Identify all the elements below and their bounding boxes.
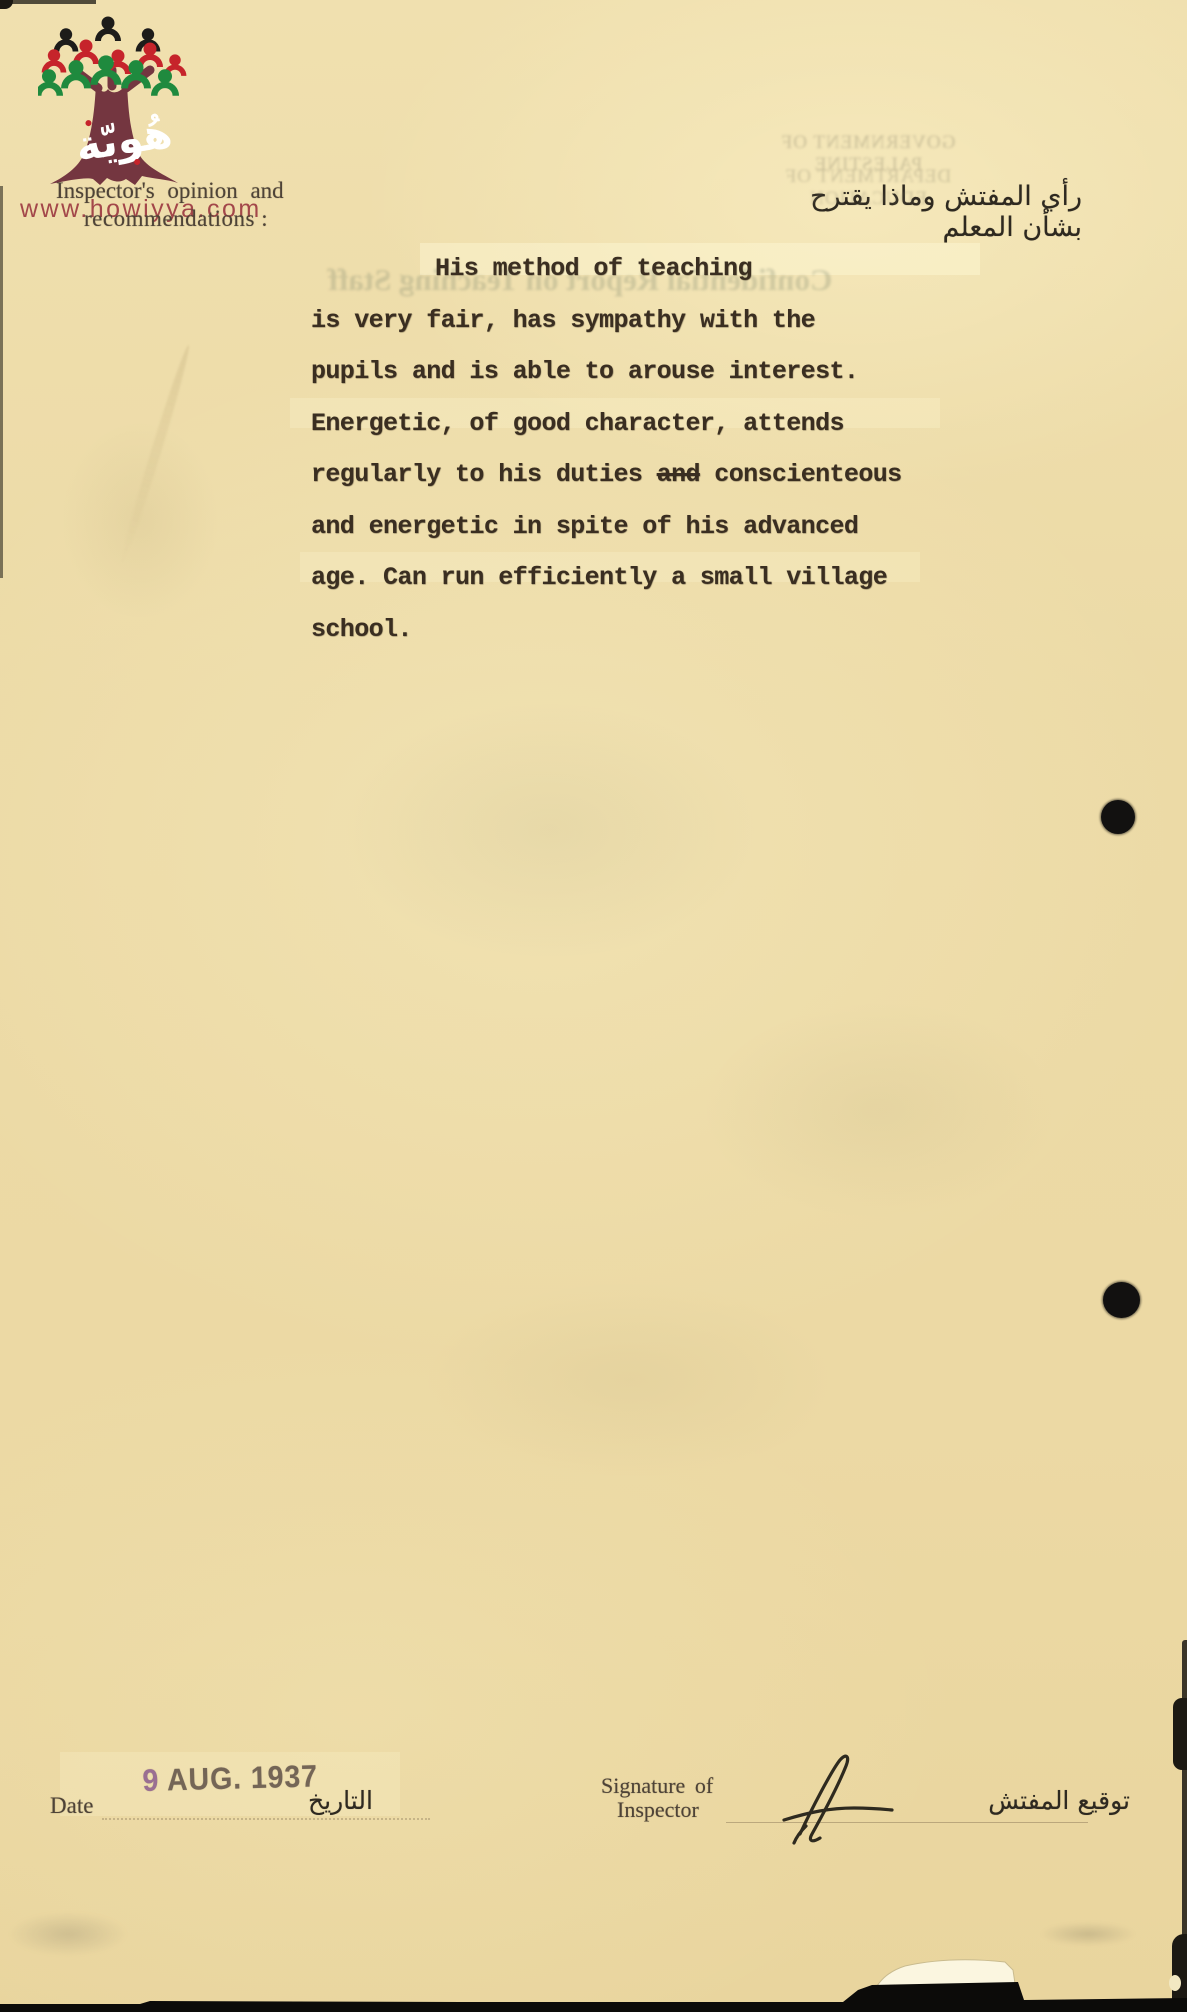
- signature-label-arabic: توقيع المفتش: [930, 1786, 1130, 1815]
- scan-edge-corner: [0, 0, 13, 9]
- opinion-line: and energetic in spite of his advanced: [311, 501, 951, 553]
- scanned-document-page: هُويّة www.howiyya.com Inspector's opini…: [0, 0, 1187, 2012]
- stamp-month-year: AUG. 1937: [159, 1758, 319, 1797]
- stamp-day: 9: [142, 1763, 160, 1798]
- scan-edge-blob: [1173, 1698, 1187, 1770]
- date-ruled-line: [102, 1818, 430, 1820]
- paper-stain: [340, 700, 760, 960]
- signature-label-line2: Inspector: [617, 1797, 699, 1823]
- opinion-line: is very fair, has sympathy with the: [311, 295, 951, 347]
- paper-crease: [117, 344, 194, 567]
- struck-word: and: [657, 460, 700, 489]
- date-label: Date: [50, 1793, 93, 1819]
- opinion-line: Energetic, of good character, attends: [311, 398, 951, 450]
- ink-dot: [1103, 1282, 1140, 1318]
- opinion-line: age. Can run efficiently a small village: [311, 552, 951, 604]
- opinion-line: regularly to his duties and conscienteou…: [311, 449, 951, 501]
- howiyya-tree-logo: هُويّة: [38, 16, 188, 202]
- opinion-line: pupils and is able to arouse interest.: [311, 346, 951, 398]
- logo-calligraphy: هُويّة: [72, 108, 176, 174]
- inspector-signature-mark: [770, 1748, 910, 1848]
- date-label-arabic: التاريخ: [308, 1786, 373, 1815]
- scan-bottom-strip: [0, 1932, 1187, 2012]
- paper-stain: [700, 1000, 1060, 1220]
- inspector-opinion-label-arabic: رأي المفتش وماذا يقترح بشأن المعلم: [808, 181, 1082, 243]
- date-stamp: 9 AUG. 1937: [142, 1758, 318, 1799]
- scan-black-band: [0, 1982, 1187, 2012]
- scan-edge-left: [0, 186, 3, 578]
- ink-dot: [1101, 800, 1135, 834]
- typed-opinion-paragraph: His method of teaching is very fair, has…: [311, 243, 951, 655]
- signature-label-line1: Signature of: [601, 1773, 713, 1799]
- svg-text:هُويّة: هُويّة: [72, 108, 175, 173]
- inspector-opinion-label-line1: Inspector's opinion and: [56, 178, 284, 204]
- scan-edge-top: [0, 0, 96, 4]
- opinion-line: school.: [311, 604, 951, 656]
- bleedthrough-government-line: GOVERNMENT OF PALESTINE: [758, 132, 978, 176]
- paper-stain: [420, 1280, 840, 1480]
- paper-stain: [60, 420, 220, 620]
- opinion-line: His method of teaching: [311, 243, 951, 295]
- inspector-opinion-label-line2: recommendations :: [84, 206, 268, 232]
